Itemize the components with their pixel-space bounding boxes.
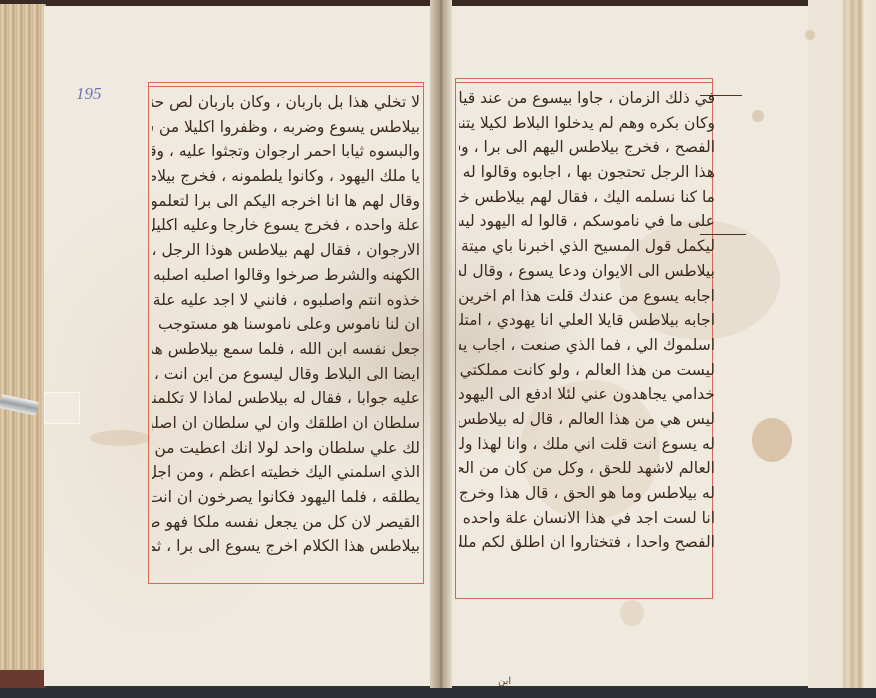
text-line: ليكمل قول المسيح الذي اخبرنا باي ميتة يم… [459, 234, 715, 259]
text-line: وقال لهم ها انا اخرجه اليكم الى برا لتعل… [152, 189, 420, 214]
text-line: سلطان ان اطلقك وان لي سلطان ان اصلبك ، ف… [152, 411, 420, 436]
text-line: القيصر لان كل من يجعل نفسه ملكا فهو ضد ا… [152, 510, 420, 535]
text-line: بيلاطس هذا الكلام اخرج يسوع الى برا ، ثم… [152, 534, 420, 559]
text-line: لك علي سلطان واحد لولا انك اعطيت من فوق … [152, 436, 420, 461]
text-line: الارجوان ، فقال لهم بيلاطس هوذا الرجل ، … [152, 238, 420, 263]
text-line: ان لنا ناموس وعلى ناموسنا هو مستوجب المو… [152, 312, 420, 337]
text-line: له يسوع انت قلت اني ملك ، وانا لهذا ولدت… [459, 432, 715, 457]
text-line: في ذلك الزمان ، جاوا بيسوع من عند قيافا … [459, 86, 715, 111]
right-page-edges [808, 0, 876, 690]
stain [620, 600, 644, 626]
text-line: الذي اسلمني اليك خطيته اعظم ، ومن اجل هذ… [152, 460, 420, 485]
text-line: يطلقه ، فلما اليهود فكانوا يصرخون ان انت… [152, 485, 420, 510]
text-line: على ما في ناموسكم ، قالوا له اليهود ليس … [459, 209, 715, 234]
text-line: خدامي يجاهدون عني لئلا ادفع الى اليهود ،… [459, 382, 715, 407]
text-line: وكان بكره وهم لم يدخلوا البلاط لكيلا يتن… [459, 111, 715, 136]
stain [752, 418, 792, 462]
text-line: الفصح ، فخرج بيلاطس اليهم الى برا ، وقال… [459, 135, 715, 160]
manuscript-photo: 195 لا تخلي هذا بل باربان ، وكان باربان … [0, 0, 876, 698]
text-line: ليست من هذا العالم ، ولو كانت مملكتي من … [459, 358, 715, 383]
text-line: العالم لاشهد للحق ، وكل من كان من الحق ي… [459, 456, 715, 481]
text-line: الفصح واحدا ، فتختاروا ان اطلق لكم ملك ا… [459, 530, 715, 555]
text-line: ما كنا نسلمه اليك ، فقال لهم بيلاطس خذوه… [459, 185, 715, 210]
tape-strip [44, 392, 80, 424]
left-page-edges [0, 4, 46, 688]
text-line: اسلموك الي ، فما الذي صنعت ، اجاب يسوع و… [459, 333, 715, 358]
folio-number: 195 [76, 84, 102, 104]
margin-rule [700, 234, 746, 235]
stain [90, 430, 150, 446]
book-gutter [430, 0, 452, 690]
right-text: في ذلك الزمان ، جاوا بيسوع من عند قيافا … [459, 86, 715, 555]
stain [805, 30, 815, 40]
text-line: بيلاطس الى الايوان ودعا يسوع ، وقال له ا… [459, 259, 715, 284]
left-text: لا تخلي هذا بل باربان ، وكان باربان لص ح… [152, 90, 420, 559]
text-line: ليس هي من هذا العالم ، قال له بيلاطس انت… [459, 407, 715, 432]
text-line: والبسوه ثيابا احمر ارجوان وتجثوا عليه ، … [152, 139, 420, 164]
text-line: اجابه يسوع من عندك قلت هذا ام اخرين قالو… [459, 284, 715, 309]
bottom-edge [0, 688, 876, 698]
text-line: جعل نفسه ابن الله ، فلما سمع بيلاطس هذا … [152, 337, 420, 362]
text-line: انا لست اجد في هذا الانسان علة واحده ، و… [459, 506, 715, 531]
text-line: يا ملك اليهود ، وكانوا يلطمونه ، فخرج بي… [152, 164, 420, 189]
text-line: لا تخلي هذا بل باربان ، وكان باربان لص ح… [152, 90, 420, 115]
text-line: الكهنه والشرط صرخوا وقالوا اصلبه اصلبه ،… [152, 263, 420, 288]
text-line: عليه جوابا ، فقال له بيلاطس لماذا لا تكل… [152, 386, 420, 411]
text-line: ايضا الى البلاط وقال ليسوع من اين انت ، … [152, 362, 420, 387]
text-line: خذوه انتم واصلبوه ، فانني لا اجد عليه عل… [152, 288, 420, 313]
text-line: بيلاطس يسوع وضربه ، وظفروا اكليلا من شوك… [152, 115, 420, 140]
text-line: له بيلاطس وما هو الحق ، قال هذا وخرج الى… [459, 481, 715, 506]
text-line: هذا الرجل تحتجون بها ، اجابوه وقالوا له … [459, 160, 715, 185]
stain [752, 110, 764, 122]
text-line: اجابه بيلاطس قايلا العلي انا يهودي ، امت… [459, 308, 715, 333]
catchword: ابن [498, 676, 511, 687]
margin-rule [700, 95, 742, 96]
text-line: علة واحده ، فخرج يسوع خارجا وعليه اكليل … [152, 213, 420, 238]
